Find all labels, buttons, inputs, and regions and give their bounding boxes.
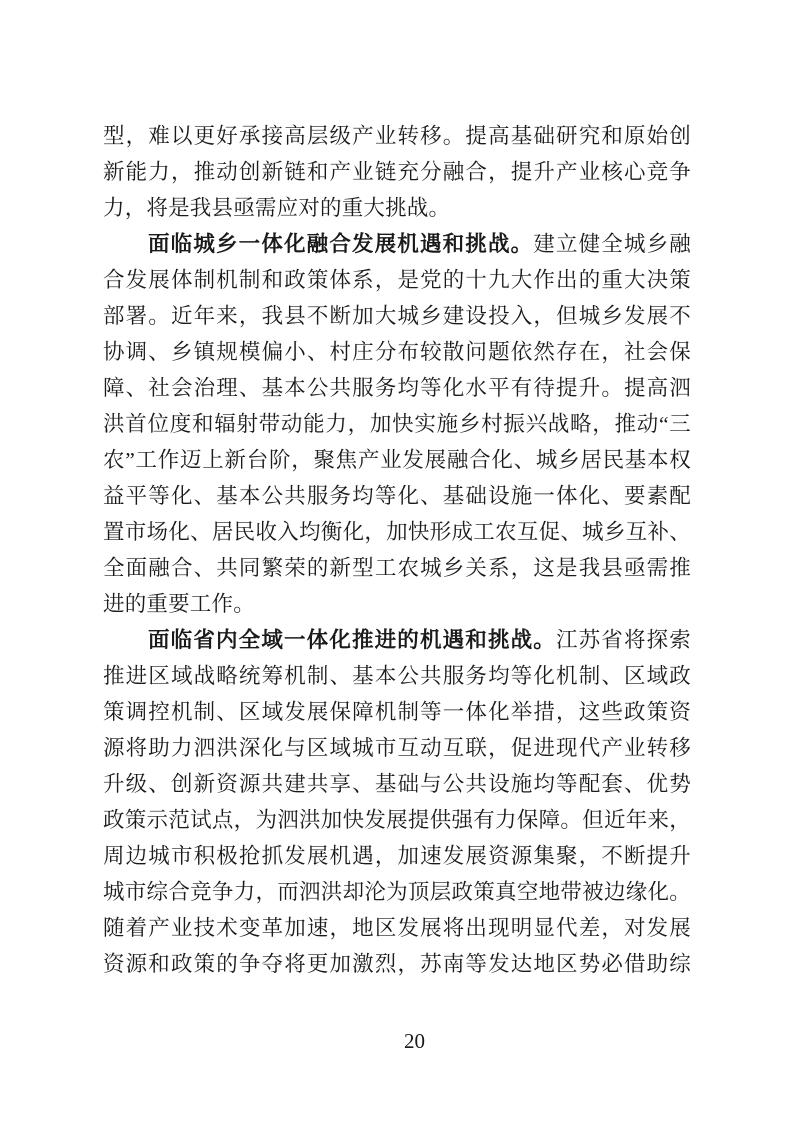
text-line: 农”工作迈上新台阶，聚焦产业发展融合化、城乡居民基本权 (103, 442, 691, 478)
text-line: 全面融合、共同繁荣的新型工农城乡关系，这是我县亟需推 (103, 550, 691, 586)
text-line: 策调控机制、区域发展保障机制等一体化举措，这些政策资 (103, 694, 691, 730)
text-run: 江苏省将探索 (556, 628, 691, 652)
text-line: 协调、乡镇规模偏小、村庄分布较散问题依然存在，社会保 (103, 334, 691, 370)
paragraph-lead-heading: 面临城乡一体化融合发展机遇和挑战。 (148, 232, 533, 256)
text-line: 部署。近年来，我县不断加大城乡建设投入，但城乡发展不 (103, 298, 691, 334)
text-block: 型，难以更好承接高层级产业转移。提高基础研究和原始创 新能力，推动创新链和产业链… (103, 118, 691, 982)
text-line: 障、社会治理、基本公共服务均等化水平有待提升。提高泗 (103, 370, 691, 406)
page-footer: 20 (0, 1028, 793, 1054)
text-line: 政策示范试点，为泗洪加快发展提供强有力保障。但近年来， (103, 802, 691, 838)
text-line: 源将助力泗洪深化与区域城市互动互联，促进现代产业转移 (103, 730, 691, 766)
text-line: 推进区域战略统筹机制、基本公共服务均等化机制、区域政 (103, 658, 691, 694)
text-line: 面临城乡一体化融合发展机遇和挑战。建立健全城乡融 (103, 226, 691, 262)
text-line: 益平等化、基本公共服务均等化、基础设施一体化、要素配 (103, 478, 691, 514)
paragraph-lead-heading: 面临省内全域一体化推进的机遇和挑战。 (148, 628, 556, 652)
text-line: 置市场化、居民收入均衡化，加快形成工农互促、城乡互补、 (103, 514, 691, 550)
text-line: 资源和政策的争夺将更加激烈，苏南等发达地区势必借助综 (103, 946, 691, 982)
paragraph-industry-challenge: 型，难以更好承接高层级产业转移。提高基础研究和原始创 新能力，推动创新链和产业链… (103, 118, 691, 226)
paragraph-provincial-integration: 面临省内全域一体化推进的机遇和挑战。江苏省将探索 推进区域战略统筹机制、基本公共… (103, 622, 691, 982)
text-run: 建立健全城乡融 (533, 232, 691, 256)
text-line: 面临省内全域一体化推进的机遇和挑战。江苏省将探索 (103, 622, 691, 658)
text-line: 洪首位度和辐射带动能力，加快实施乡村振兴战略，推动“三 (103, 406, 691, 442)
text-line: 周边城市积极抢抓发展机遇，加速发展资源集聚，不断提升 (103, 838, 691, 874)
text-line: 随着产业技术变革加速，地区发展将出现明显代差，对发展 (103, 910, 691, 946)
text-line: 新能力，推动创新链和产业链充分融合，提升产业核心竞争 (103, 154, 691, 190)
text-line: 升级、创新资源共建共享、基础与公共设施均等配套、优势 (103, 766, 691, 802)
text-line: 力，将是我县亟需应对的重大挑战。 (103, 190, 691, 226)
text-line: 城市综合竞争力，而泗洪却沦为顶层政策真空地带被边缘化。 (103, 874, 691, 910)
paragraph-urban-rural-integration: 面临城乡一体化融合发展机遇和挑战。建立健全城乡融 合发展体制机制和政策体系，是党… (103, 226, 691, 622)
page-number: 20 (404, 1028, 425, 1054)
text-line: 合发展体制机制和政策体系，是党的十九大作出的重大决策 (103, 262, 691, 298)
document-page: 型，难以更好承接高层级产业转移。提高基础研究和原始创 新能力，推动创新链和产业链… (0, 0, 793, 1122)
text-line: 进的重要工作。 (103, 586, 691, 622)
text-line: 型，难以更好承接高层级产业转移。提高基础研究和原始创 (103, 118, 691, 154)
